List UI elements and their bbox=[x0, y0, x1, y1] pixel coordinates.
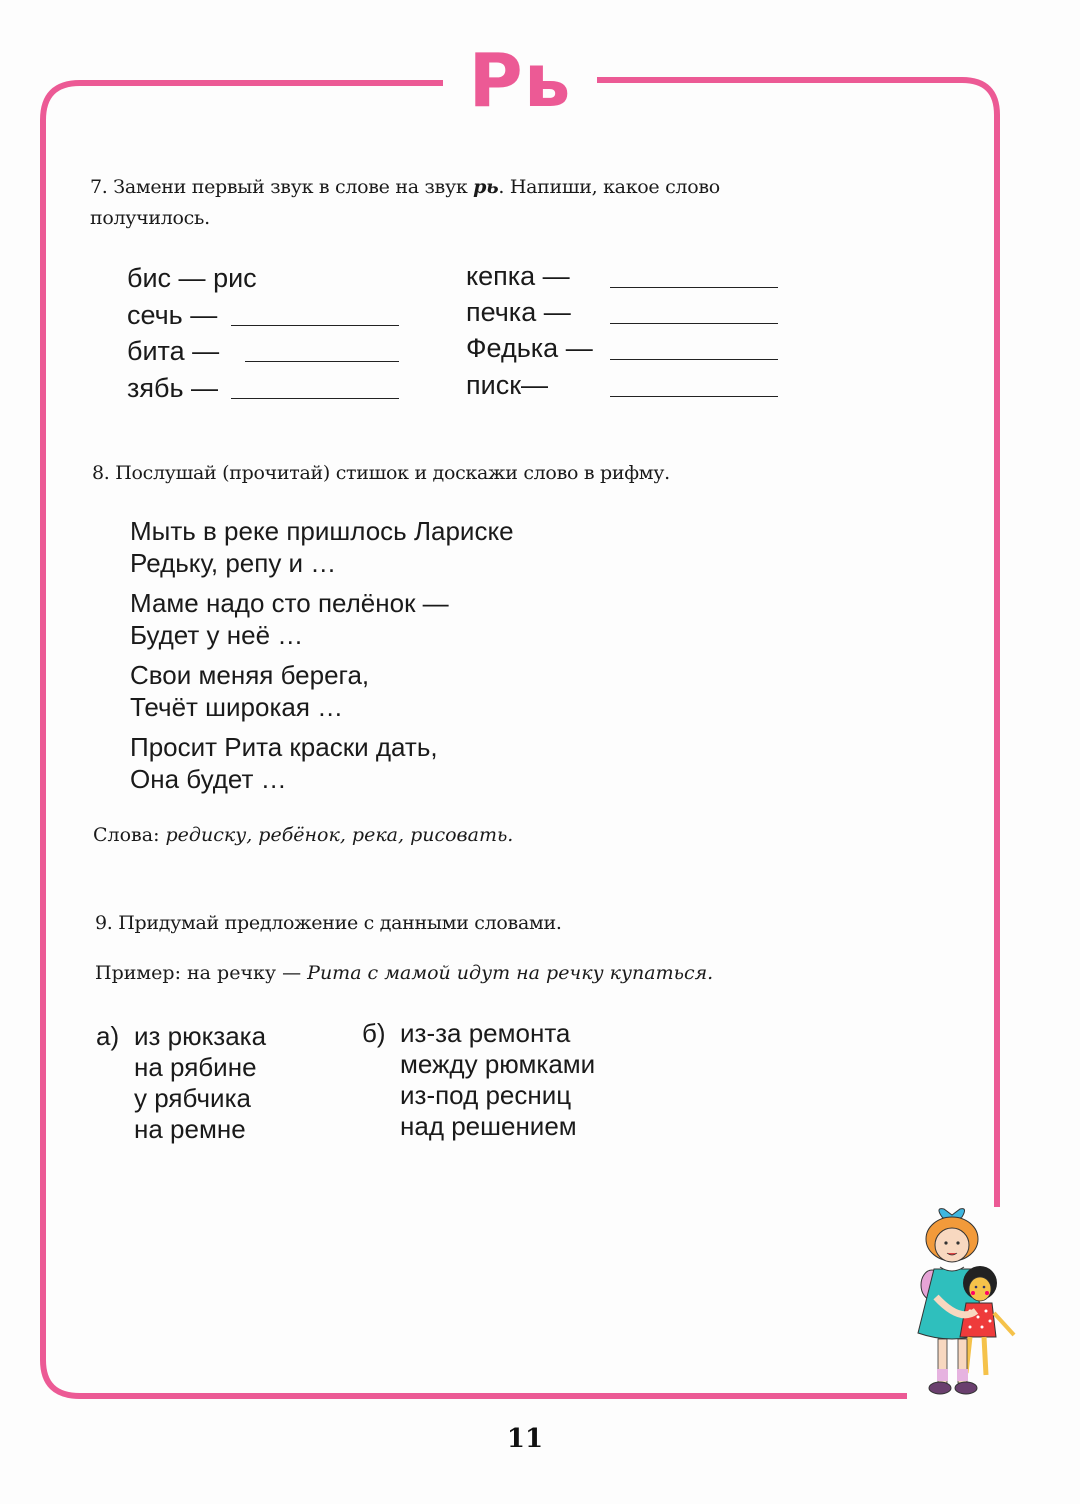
poem-stanza: Мыть в реке пришлось Лариске Редьку, реп… bbox=[130, 515, 514, 579]
answer-blank[interactable] bbox=[610, 323, 778, 324]
page-number: 11 bbox=[500, 1424, 550, 1454]
word-pair: бис — рис bbox=[127, 262, 257, 294]
word-pair: кепка — bbox=[466, 260, 570, 292]
group-a: а) из рюкзака на рябине у рябчика на рем… bbox=[96, 1021, 316, 1151]
word-pair: сечь — bbox=[127, 299, 217, 331]
answer-blank[interactable] bbox=[231, 398, 399, 399]
word-pair: писк— bbox=[466, 369, 548, 401]
answer-blank[interactable] bbox=[610, 359, 778, 360]
task8-heading: 8. Послушай (прочитай) стишок и доскажи … bbox=[92, 458, 670, 489]
page-title-letter: Рь bbox=[443, 36, 597, 126]
group-b: б) из-за ремонта между рюмками из-под ре… bbox=[362, 1018, 642, 1148]
group-a-items: из рюкзака на рябине у рябчика на ремне bbox=[134, 1021, 266, 1145]
poem-stanza: Маме надо сто пелёнок — Будет у неё … bbox=[130, 587, 514, 651]
task7-heading: 7. Замени первый звук в слове на звук рь… bbox=[90, 172, 850, 234]
word-pair: печка — bbox=[466, 296, 571, 328]
poem: Мыть в реке пришлось Лариске Редьку, реп… bbox=[130, 515, 514, 803]
task9-heading: 9. Придумай предложение с данными словам… bbox=[95, 908, 562, 939]
words-hint: Слова: редиску, ребёнок, река, рисовать. bbox=[93, 824, 513, 846]
word-pair: зябь — bbox=[127, 372, 218, 404]
poem-stanza: Просит Рита краски дать, Она будет … bbox=[130, 731, 514, 795]
answer-blank[interactable] bbox=[610, 396, 778, 397]
group-b-marker: б) bbox=[362, 1018, 386, 1049]
answer-blank[interactable] bbox=[231, 325, 399, 326]
answer-blank[interactable] bbox=[245, 361, 399, 362]
group-a-marker: а) bbox=[96, 1021, 119, 1052]
answer-blank[interactable] bbox=[610, 287, 778, 288]
group-b-items: из-за ремонта между рюмками из-под ресни… bbox=[400, 1018, 595, 1142]
poem-stanza: Свои меняя берега, Течёт широкая … bbox=[130, 659, 514, 723]
task9-example: Пример: на речку — Рита с мамой идут на … bbox=[95, 962, 713, 984]
word-pair: бита — bbox=[127, 335, 219, 367]
target-sound: рь bbox=[473, 176, 498, 198]
word-pair: Федька — bbox=[466, 332, 593, 364]
answer-text: рис bbox=[213, 263, 257, 293]
girl-with-doll-icon bbox=[900, 1205, 1020, 1405]
